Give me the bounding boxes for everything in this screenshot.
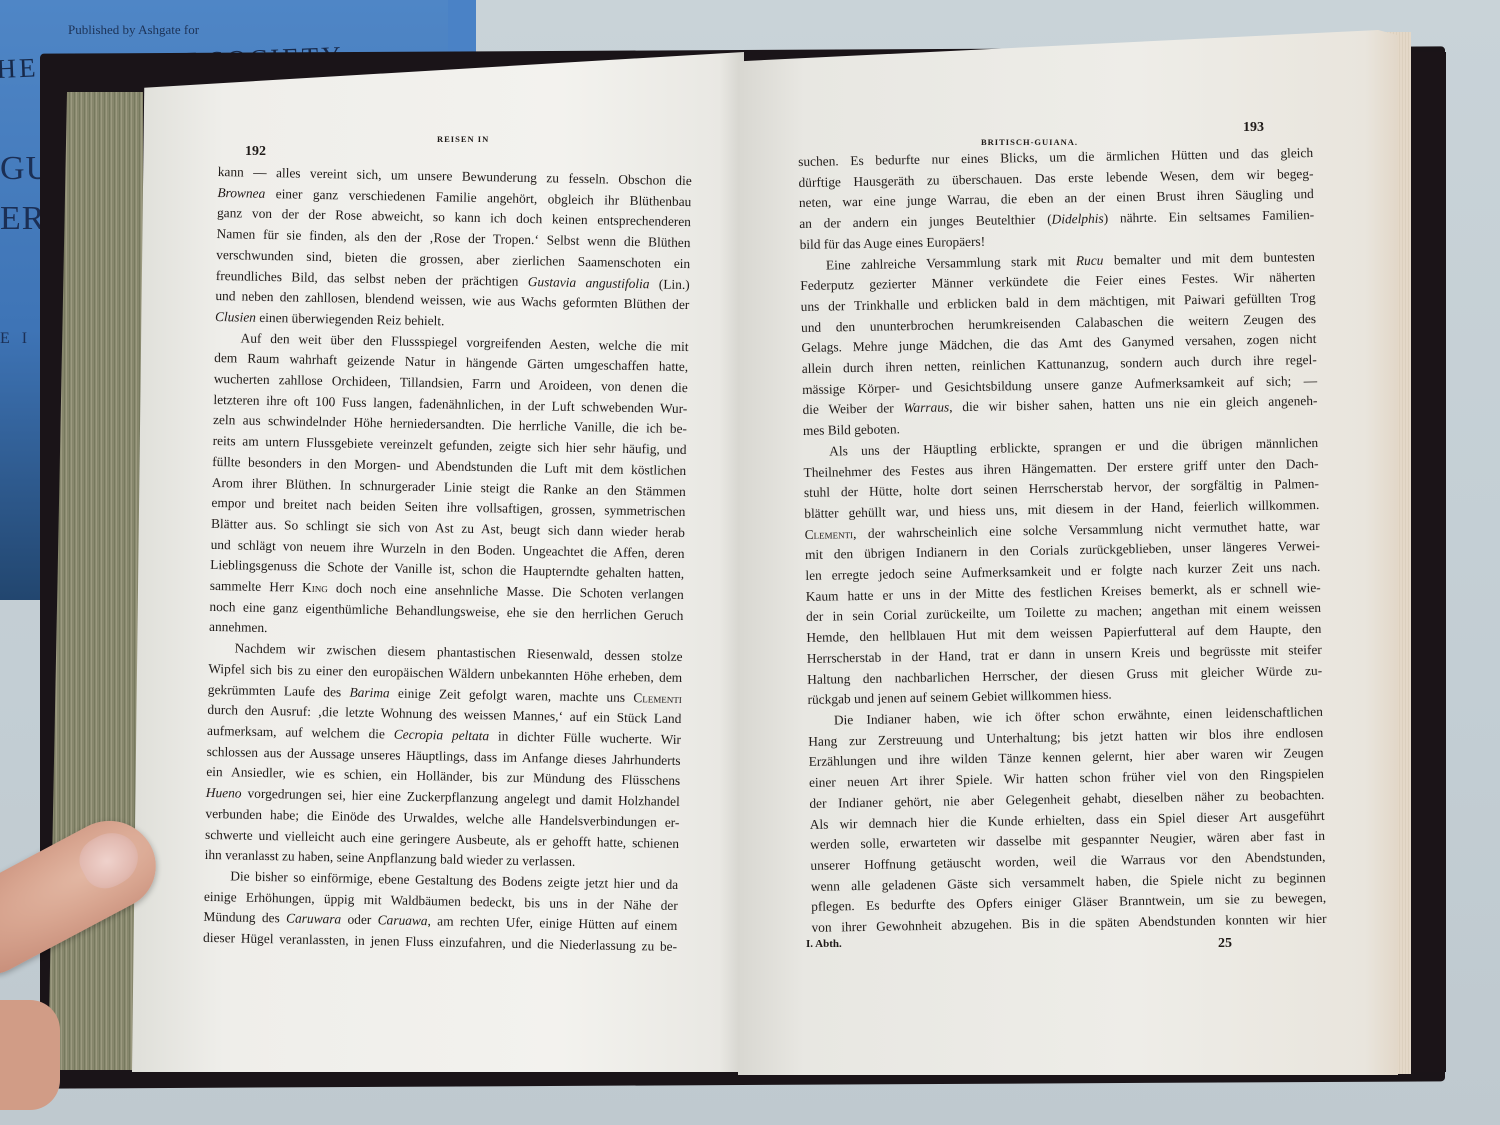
italic-term: Gustavia angustifolia: [528, 273, 650, 290]
text-run: einige Zeit gefolgt waren, machte uns: [390, 685, 634, 705]
right-page: 193 BRITISCH-GUIANA. suchen. Es bedurfte…: [738, 30, 1398, 1075]
text-run: die Weiber der: [802, 401, 903, 418]
small-caps-name: King: [302, 580, 328, 595]
text-run: sammelte Herr: [210, 578, 303, 595]
publisher-line: Published by Ashgate for: [68, 22, 199, 38]
small-caps-name: Clementi: [633, 690, 682, 706]
text-run: freundliches Bild, das selbst neben der …: [216, 267, 528, 288]
text-run: (Lin.): [649, 276, 690, 292]
text-run: Mündung des: [203, 909, 286, 926]
left-page-body: kann — alles vereint sich, um unsere Bew…: [203, 162, 692, 958]
text-run: mes Bild geboten.: [803, 421, 900, 438]
cover-fragment: E I: [0, 330, 31, 348]
text-run: , die wir bisher sahen, hatten uns nie e…: [949, 393, 1318, 414]
running-head: REISEN IN: [437, 134, 489, 144]
text-run: einen überwiegenden Reiz behielt.: [256, 310, 445, 329]
italic-term: Didelphis: [1051, 211, 1103, 227]
italic-term: Barima: [349, 684, 389, 700]
text-run: , am rechten Ufer, einige Hütten auf ein…: [427, 913, 677, 933]
italic-term: Rucu: [1076, 252, 1104, 267]
text-run: gekrümmten Laufe des: [208, 681, 350, 699]
text-run: annehmen.: [209, 619, 268, 635]
left-page: 192 REISEN IN kann — alles vereint sich,…: [132, 52, 744, 1072]
small-caps-name: Clementi: [805, 526, 854, 542]
text-run: ihn veranlasst zu haben, seine Anpflanzu…: [205, 847, 576, 869]
italic-term: Caruwara: [286, 911, 341, 927]
text-run: bemalter und mit dem buntesten: [1103, 249, 1315, 268]
blue-book-flap: [448, 0, 476, 58]
italic-term: Hueno: [206, 785, 242, 801]
page-number: 193: [1243, 120, 1264, 136]
italic-term: Cecropia peltata: [394, 726, 490, 743]
text-run: in dichter Fülle wucherte. Wir: [489, 728, 681, 747]
text-run: oder: [341, 912, 378, 928]
signature-mark: I. Abth.: [806, 938, 842, 950]
text-run: aufmerksam, auf welchem die: [207, 723, 394, 742]
thumbnail: [72, 823, 148, 896]
text-run: Eine zahlreiche Versammlung stark mit: [826, 253, 1076, 272]
page-number: 192: [245, 144, 266, 160]
signature-number: 25: [1218, 936, 1232, 952]
text-run: doch noch eine ansehnliche Masse. Die Sc…: [328, 580, 684, 602]
running-head: BRITISCH-GUIANA.: [981, 137, 1078, 147]
italic-term: Caruawa: [378, 913, 428, 929]
text-run: rückgab und jenen auf seinem Gebiet will…: [807, 687, 1111, 707]
text-run: bild für das Auge eines Europäers!: [799, 234, 985, 252]
hand: [0, 1000, 60, 1110]
text-run: ) nährte. Ein seltsames Familien-: [1104, 207, 1315, 226]
italic-term: Brownea: [217, 185, 265, 201]
text-run: an der andern ein junges Beutelthier (: [799, 212, 1052, 231]
right-page-body: suchen. Es bedurfte nur eines Blicks, um…: [798, 143, 1327, 939]
italic-term: Clusien: [215, 309, 256, 325]
italic-term: Warraus: [903, 400, 949, 416]
cover-fragment: ER: [0, 200, 45, 238]
